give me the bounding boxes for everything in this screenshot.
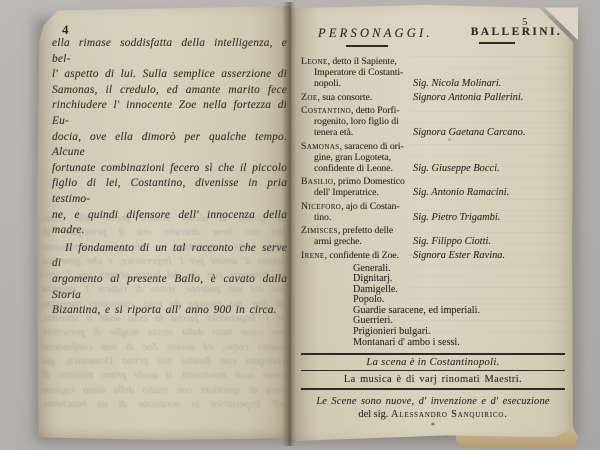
cast-headers: PERSONAGGI. BALLERINI.	[301, 26, 565, 47]
left-page: 4 ella rimase soddisfatta della intellig…	[36, 6, 290, 440]
footnote-mark: *	[301, 421, 565, 430]
right-page-body: PERSONAGGI. BALLERINI. Leone, detto il S…	[301, 26, 565, 430]
scenery-credit-line1: Le Scene sono nuove, d' invenzione e d' …	[301, 396, 565, 407]
bleedthrough-text: la grazia di alcuni uomini presso allo S…	[42, 212, 285, 412]
role: Samonas, saraceno di ori- gine, gran Log…	[301, 141, 413, 174]
performer: Sig. Antonio Ramacini.	[413, 187, 565, 198]
paragraph-line: l' aspetto di lui. Sulla semplice asserz…	[52, 67, 287, 83]
paragraph-line: Samonas, il credulo, ed amante marito fe…	[52, 83, 287, 99]
divider-rule	[301, 353, 565, 355]
paragraph-line: rinchiudere l' innocente Zoe nella forte…	[52, 98, 287, 129]
cast-entry: Niceforo, ajo di Costan- tino. Sig. Piet…	[301, 201, 565, 223]
cast-list: Leone, detto il Sapiente, Imperatore di …	[301, 56, 565, 261]
cast-entry: Samonas, saraceno di ori- gine, gran Log…	[301, 141, 565, 174]
role: Zimisces, prefetto delle armi greche.	[301, 225, 413, 247]
cast-entry: Leone, detto il Sapiente, Imperatore di …	[301, 56, 565, 89]
role: Irene, confidente di Zoe.	[301, 250, 413, 261]
role: Costantino, detto Porfi- rogenito, loro …	[301, 105, 413, 138]
header-personaggi: PERSONAGGI.	[301, 26, 433, 47]
paragraph-line: figlio di lei, Costantino, divenisse in …	[52, 176, 287, 207]
cast-entry: Zimisces, prefetto delle armi greche. Si…	[301, 225, 565, 247]
scene-location: La scena è in Costantinopoli.	[301, 357, 565, 368]
performer: Sig. Filippo Ciotti.	[413, 236, 565, 247]
paragraph-line: fortunate combinazioni fecero sì che il …	[52, 161, 287, 177]
role: Zoe, sua consorte.	[301, 92, 413, 103]
scenographer-name: Alessandro Sanquirico.	[391, 409, 508, 420]
performer: Signora Gaetana Carcano.	[413, 127, 565, 138]
ensemble-list: Generali. Dignitarj. Damigelle. Popolo. …	[353, 264, 565, 349]
ensemble-item: Damigelle.	[353, 285, 565, 296]
header-rule	[479, 42, 515, 44]
header-rule	[346, 45, 388, 47]
music-credit: La musica è di varj rinomati Maestri.	[301, 374, 565, 385]
paragraph-line: ella rimase soddisfatta della intelligen…	[52, 36, 287, 67]
cast-entry: Costantino, detto Porfi- rogenito, loro …	[301, 105, 565, 138]
performer: Signora Ester Ravina.	[413, 250, 565, 261]
performer: Signora Antonia Pallerini.	[413, 92, 565, 103]
book-scan: 4 ella rimase soddisfatta della intellig…	[0, 0, 600, 450]
cast-entry: Zoe, sua consorte. Signora Antonia Palle…	[301, 92, 565, 103]
role: Leone, detto il Sapiente, Imperatore di …	[301, 56, 413, 89]
performer: Sig. Giuseppe Bocci.	[413, 163, 565, 174]
divider-rule	[301, 388, 565, 390]
ensemble-item: Montanari d' ambo i sessi.	[353, 338, 565, 349]
paragraph-line: docia, ove ella dimorò per qualche tempo…	[52, 130, 287, 161]
role: Niceforo, ajo di Costan- tino.	[301, 201, 413, 223]
divider-rule	[301, 370, 565, 372]
performer: Sig. Nicola Molinari.	[413, 78, 565, 89]
performer: Sig. Pietro Trigambi.	[413, 212, 565, 223]
right-page: 5 PERSONAGGI. BALLERINI. Leone, detto il…	[290, 4, 575, 446]
scenery-credit-line2: del sig. Alessandro Sanquirico.	[301, 409, 565, 420]
cast-entry: Irene, confidente di Zoe. Signora Ester …	[301, 250, 565, 261]
header-ballerini: BALLERINI.	[433, 26, 562, 44]
role: Basilio, primo Domestico dell' Imperatri…	[301, 176, 413, 198]
cast-entry: Basilio, primo Domestico dell' Imperatri…	[301, 176, 565, 198]
